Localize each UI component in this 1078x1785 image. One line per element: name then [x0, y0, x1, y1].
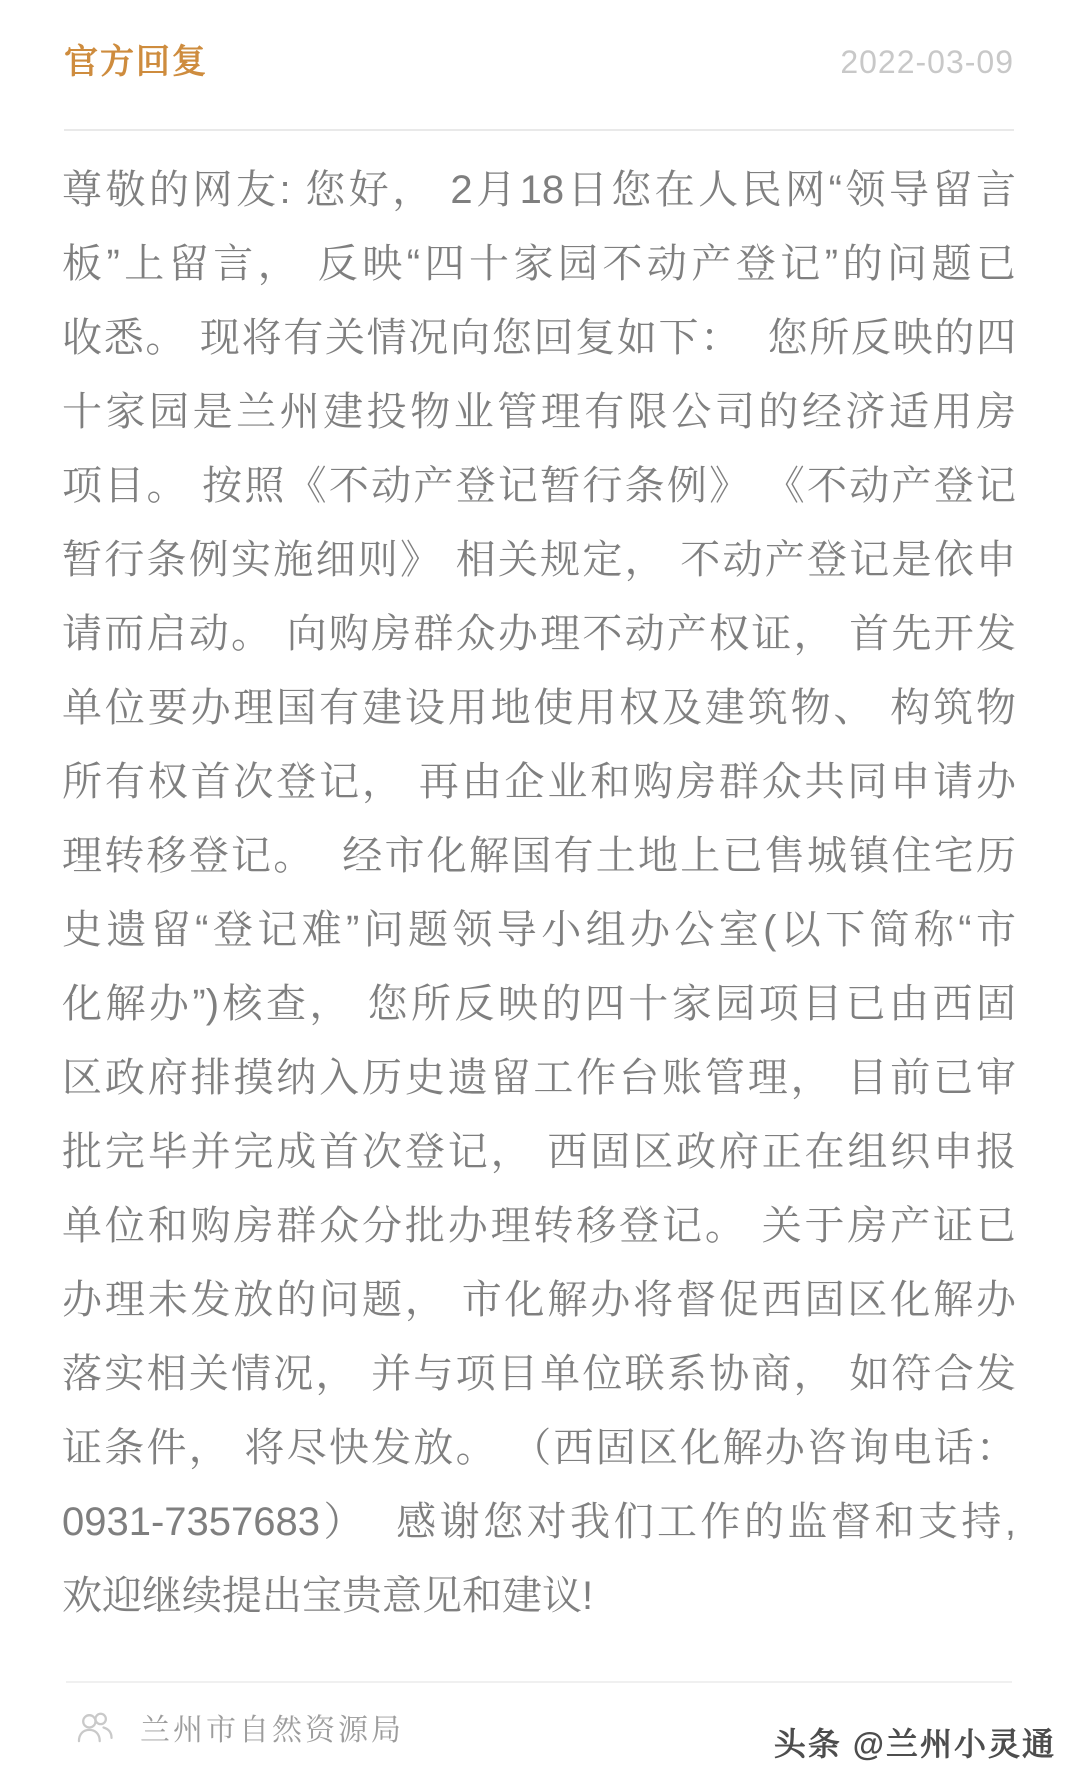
- people-icon: [76, 1710, 114, 1744]
- body-line: 尊敬的网友: 您好， 2月18日您在人民网“领导留言: [62, 153, 1016, 227]
- footer-divider: [66, 1681, 1012, 1683]
- body-line: 十家园是兰州建投物业管理有限公司的经济适用房: [62, 375, 1016, 449]
- body-line: 理转移登记。 经市化解国有土地上已售城镇住宅历: [62, 819, 1016, 893]
- body-line: 板”上留言， 反映“四十家园不动产登记”的问题已: [62, 227, 1016, 301]
- body-line: 0931-7357683） 感谢您对我们工作的监督和支持,: [62, 1485, 1016, 1559]
- page-title: 官方回复: [64, 34, 208, 83]
- reply-date: 2022-03-09: [840, 44, 1014, 81]
- reply-body: 尊敬的网友: 您好， 2月18日您在人民网“领导留言板”上留言， 反映“四十家园…: [0, 131, 1078, 1633]
- body-line: 化解办”)核查， 您所反映的四十家园项目已由西固: [62, 967, 1016, 1041]
- body-line: 欢迎继续提出宝贵意见和建议!: [62, 1559, 1016, 1633]
- body-line: 请而启动。 向购房群众办理不动产权证， 首先开发: [62, 597, 1016, 671]
- body-line: 收悉。 现将有关情况向您回复如下： 您所反映的四: [62, 301, 1016, 375]
- body-line: 所有权首次登记， 再由企业和购房群众共同申请办: [62, 745, 1016, 819]
- reply-header: 官方回复 2022-03-09: [0, 0, 1078, 83]
- body-line: 证条件， 将尽快发放。 （西固区化解办咨询电话：: [62, 1411, 1016, 1485]
- body-line: 落实相关情况， 并与项目单位联系协商， 如符合发: [62, 1337, 1016, 1411]
- body-line: 区政府排摸纳入历史遗留工作台账管理， 目前已审: [62, 1041, 1016, 1115]
- agency-name: 兰州市自然资源局: [140, 1705, 404, 1749]
- body-line: 史遗留“登记难”问题领导小组办公室(以下简称“市: [62, 893, 1016, 967]
- body-line: 单位和购房群众分批办理转移登记。 关于房产证已: [62, 1189, 1016, 1263]
- watermark: 头条 @兰州小灵通: [774, 1719, 1056, 1765]
- body-line: 单位要办理国有建设用地使用权及建筑物、 构筑物: [62, 671, 1016, 745]
- official-reply-card: 官方回复 2022-03-09 尊敬的网友: 您好， 2月18日您在人民网“领导…: [0, 0, 1078, 1785]
- body-line: 项目。 按照《不动产登记暂行条例》 《不动产登记: [62, 449, 1016, 523]
- body-line: 暂行条例实施细则》 相关规定， 不动产登记是依申: [62, 523, 1016, 597]
- body-line: 办理未发放的问题， 市化解办将督促西固区化解办: [62, 1263, 1016, 1337]
- body-line: 批完毕并完成首次登记， 西固区政府正在组织申报: [62, 1115, 1016, 1189]
